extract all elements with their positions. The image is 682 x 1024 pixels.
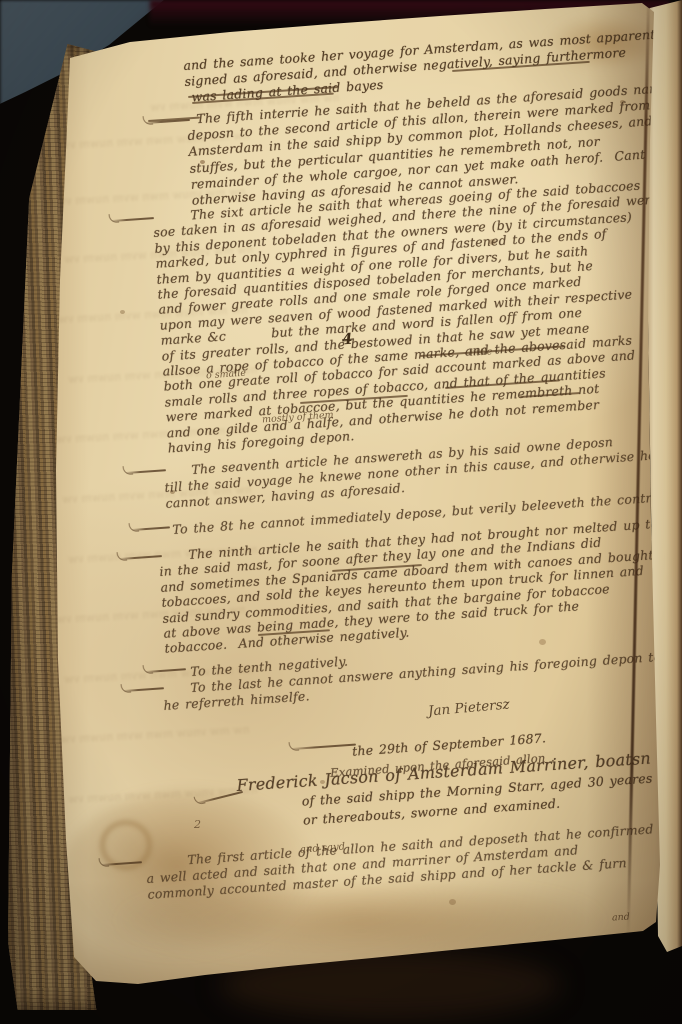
interlinear-insert: little [470,346,493,359]
merchant-mark: 4 [341,330,353,349]
left-page: nw mw vnuw mwn wvm nuwm vw nw mw vnuw mw… [0,0,682,1024]
show-through-line: nw mw vnuw mwn wvm nuwm vw [60,723,250,746]
paragraph-flourish [292,744,356,750]
manuscript-photo: nw mw vnuw mwn wvm nuwm vw nw mw vnuw mw… [0,0,682,1024]
deposition-paragraph: The sixt article he saith that whereas g… [152,176,673,455]
margin-numeral: 2 [194,818,201,831]
deposition-paragraph: To the last he cannot answere anything s… [162,648,679,715]
deposition-paragraph: The ninth article he saith that they had… [158,513,682,656]
deponent-intro: Frederick Jacson of Amsterdam Marriner, … [236,748,654,833]
paragraph-flourish [124,687,164,692]
paragraph-flourish [126,469,166,474]
paragraph-flourish [112,217,154,222]
paragraph-flourish [132,526,170,531]
signature-jan-pietersz: Jan Pietersz [427,696,510,719]
